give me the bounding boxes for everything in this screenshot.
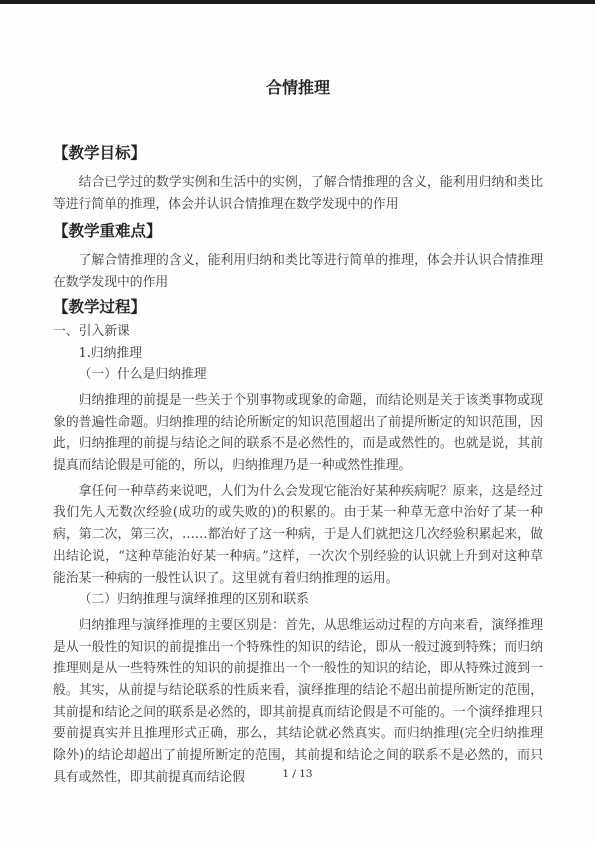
section-heading-teaching-process: 【教学过程】 [53,298,543,315]
section-heading-key-difficult-points: 【教学重难点】 [53,222,543,239]
paragraph-herbal-medicine-example: 拿任何一种草药来说吧，人们为什么会发现它能治好某种疾病呢？原来，这是经过我们先人… [53,481,543,590]
page-number-indicator: 1 / 13 [0,767,595,781]
paragraph-inductive-vs-deductive: 归纳推理与演绎推理的主要区别是：首先，从思维运动过程的方向来看，演绎推理是从一般… [53,615,543,789]
outline-item-difference-inductive-deductive: （二）归纳推理与演绎推理的区别和联系 [53,589,543,611]
paragraph-key-difficult-points: 了解合情推理的含义，能利用归纳和类比等进行简单的推理，体会并认识合情推理在数学发… [53,250,543,293]
outline-item-inductive-reasoning: 1.归纳推理 [53,343,543,365]
document-title: 合情推理 [53,78,543,98]
outline-item-introduce-new-lesson: 一、引入新课 [53,321,543,343]
outline-item-what-is-inductive-reasoning: （一）什么是归纳推理 [53,364,543,386]
paragraph-inductive-reasoning-definition: 归纳推理的前提是一些关于个别事物或现象的命题，而结论则是关于该类事物或现象的普遍… [53,390,543,477]
paragraph-teaching-objectives: 结合已学过的数学实例和生活中的实例，了解合情推理的含义，能利用归纳和类比等进行简… [53,172,543,215]
section-heading-teaching-objectives: 【教学目标】 [53,144,543,161]
document-page: 合情推理 【教学目标】 结合已学过的数学实例和生活中的实例，了解合情推理的含义，… [0,0,595,841]
document-content: 合情推理 【教学目标】 结合已学过的数学实例和生活中的实例，了解合情推理的含义，… [53,0,543,789]
